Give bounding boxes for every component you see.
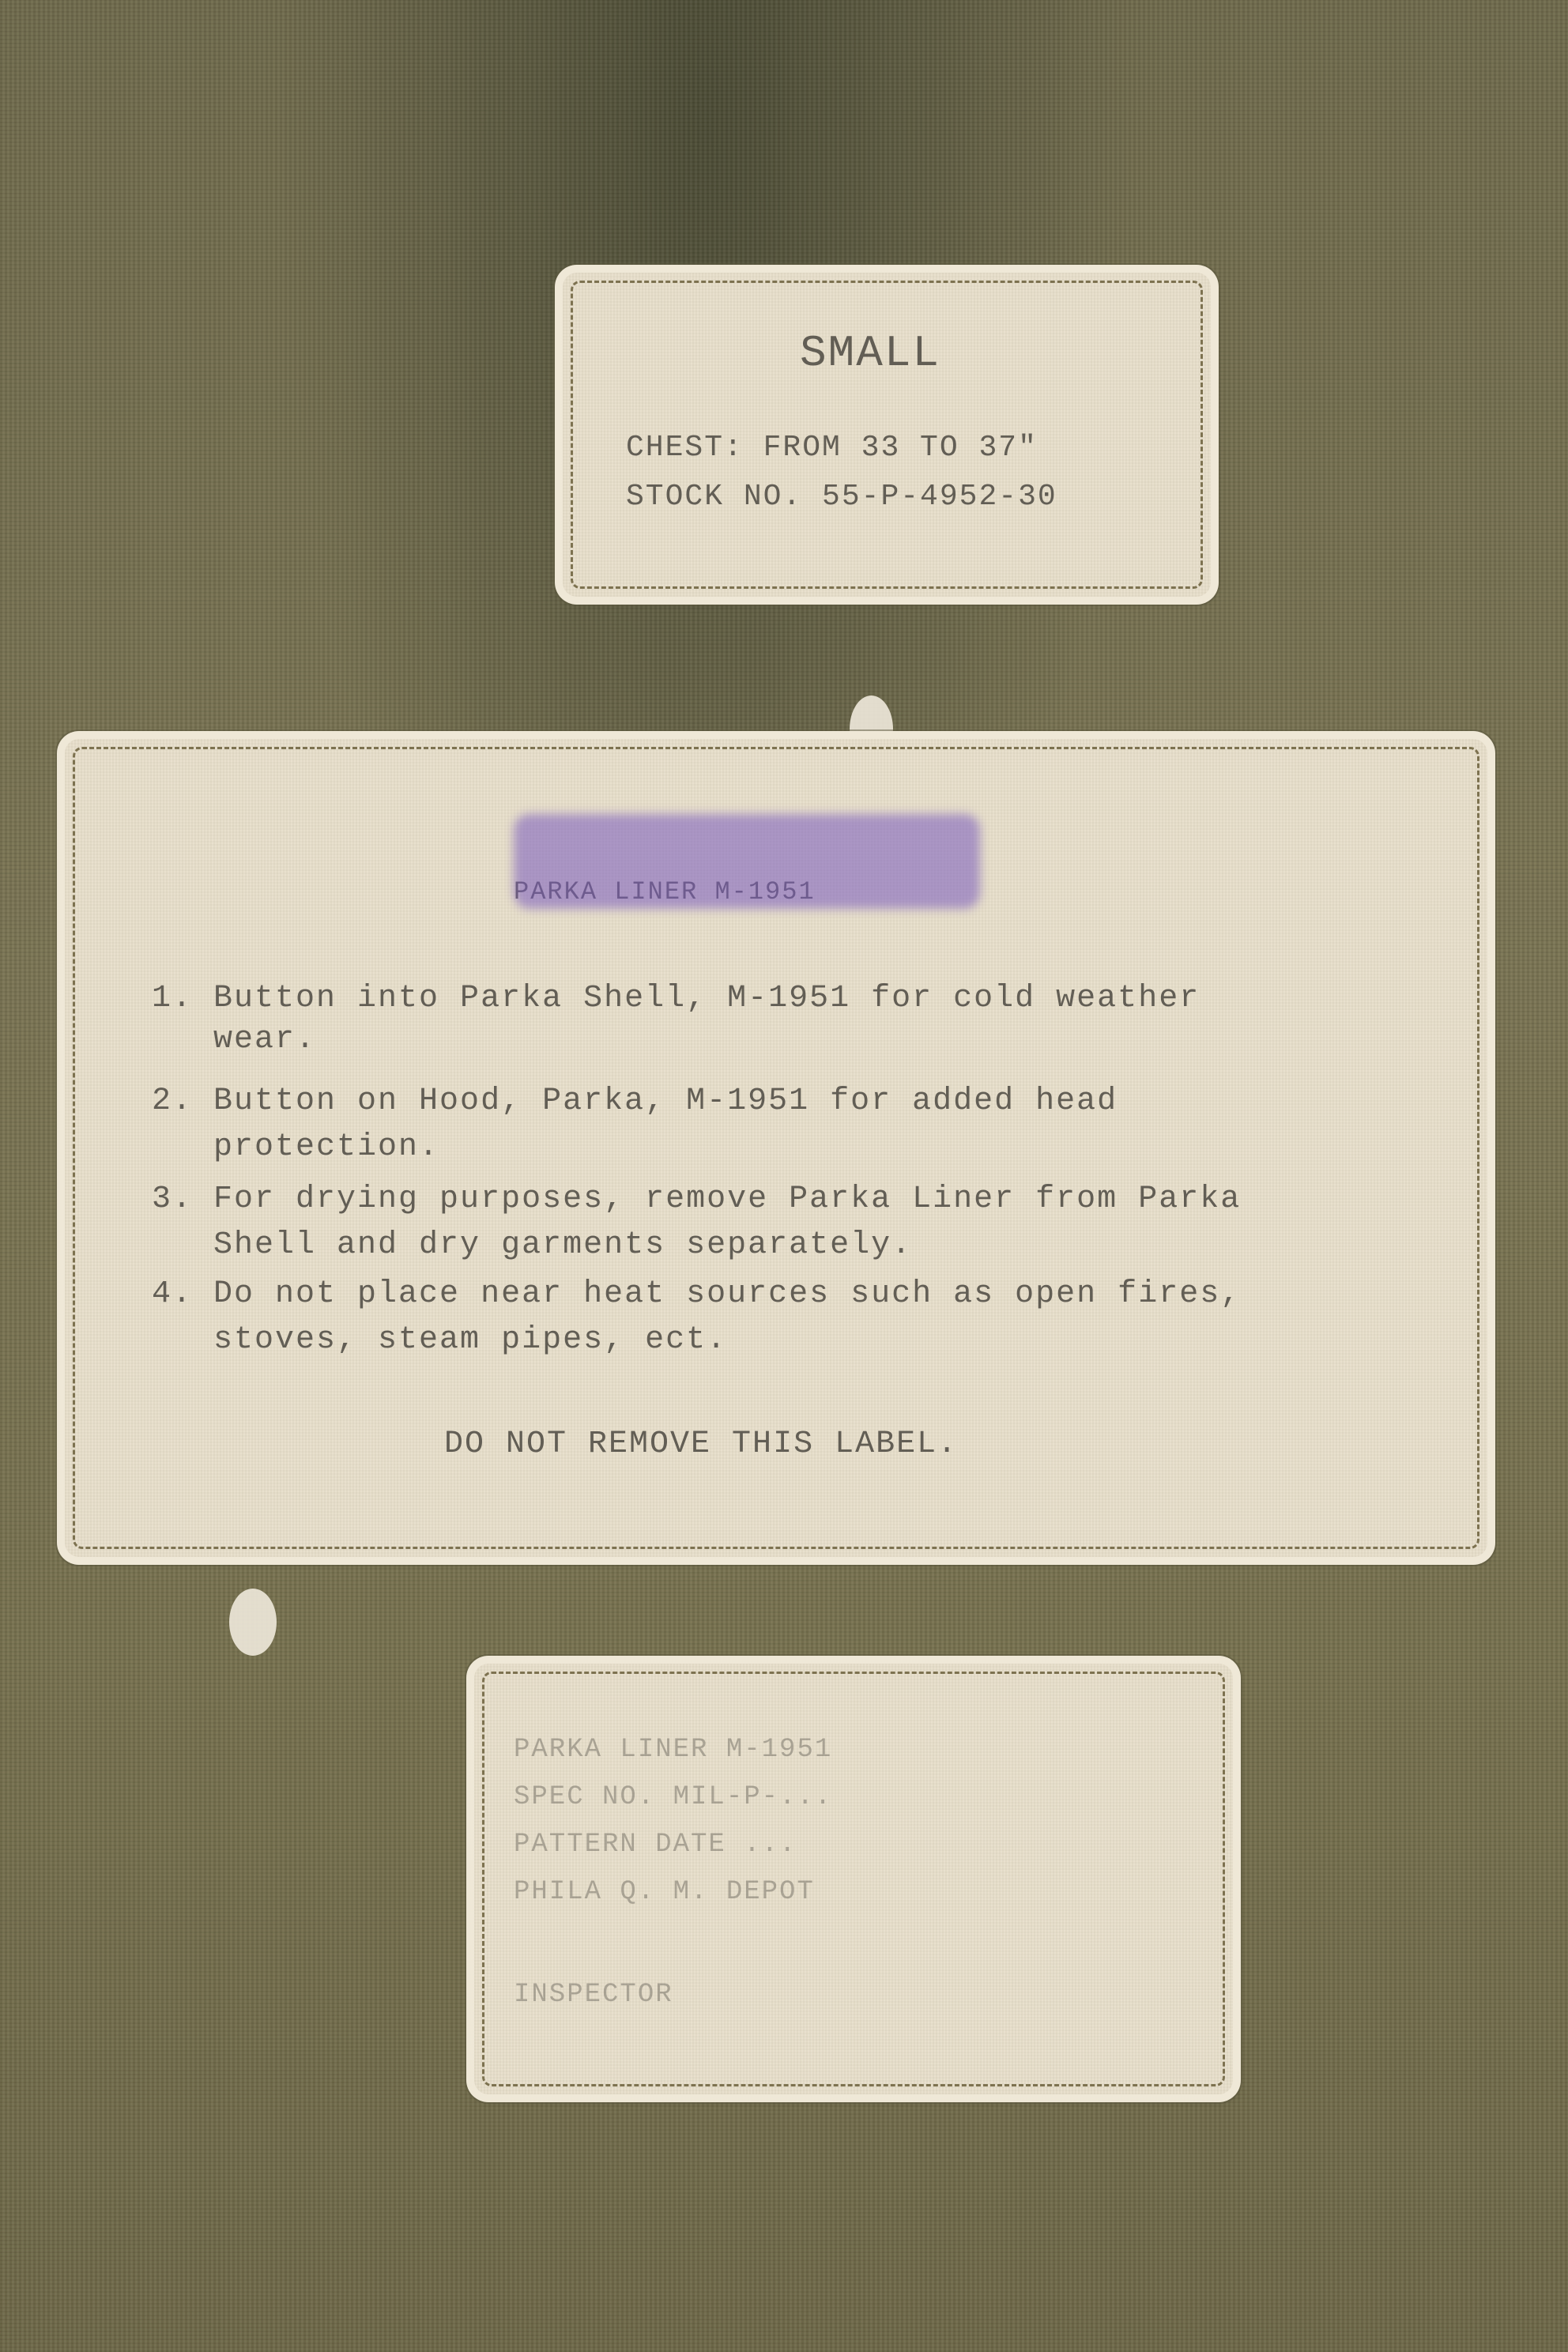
chest-range-text: CHEST: FROM 33 TO 37": [626, 431, 1038, 465]
instruction-item: 1. Button into Parka Shell, M-1951 for c…: [152, 976, 1200, 1022]
spec-line: PARKA LINER M-1951: [514, 1735, 832, 1765]
spec-label: PARKA LINER M-1951 SPEC NO. MIL-P-... PA…: [474, 1664, 1233, 2094]
instruction-item: protection.: [152, 1129, 439, 1165]
stock-number-text: STOCK NO. 55-P-4952-30: [626, 480, 1057, 514]
spec-line: PHILA Q. M. DEPOT: [514, 1877, 815, 1907]
instruction-item: 3. For drying purposes, remove Parka Lin…: [152, 1182, 1241, 1217]
spec-line: SPEC NO. MIL-P-...: [514, 1782, 832, 1812]
instruction-item: wear.: [152, 1022, 316, 1057]
spec-line: PATTERN DATE ...: [514, 1830, 797, 1860]
size-text: SMALL: [800, 328, 940, 379]
purple-ink-stamp: [514, 814, 980, 909]
spec-line: INSPECTOR: [514, 1980, 673, 2010]
loose-thread: [229, 1589, 277, 1656]
label-footer: DO NOT REMOVE THIS LABEL.: [444, 1427, 958, 1462]
instruction-item: 2. Button on Hood, Parka, M-1951 for add…: [152, 1084, 1118, 1119]
size-label: SMALL CHEST: FROM 33 TO 37" STOCK NO. 55…: [563, 273, 1211, 597]
instruction-item: 4. Do not place near heat sources such a…: [152, 1276, 1241, 1312]
instruction-item: Shell and dry garments separately.: [152, 1227, 912, 1263]
instruction-item: stoves, steam pipes, ect.: [152, 1322, 727, 1358]
